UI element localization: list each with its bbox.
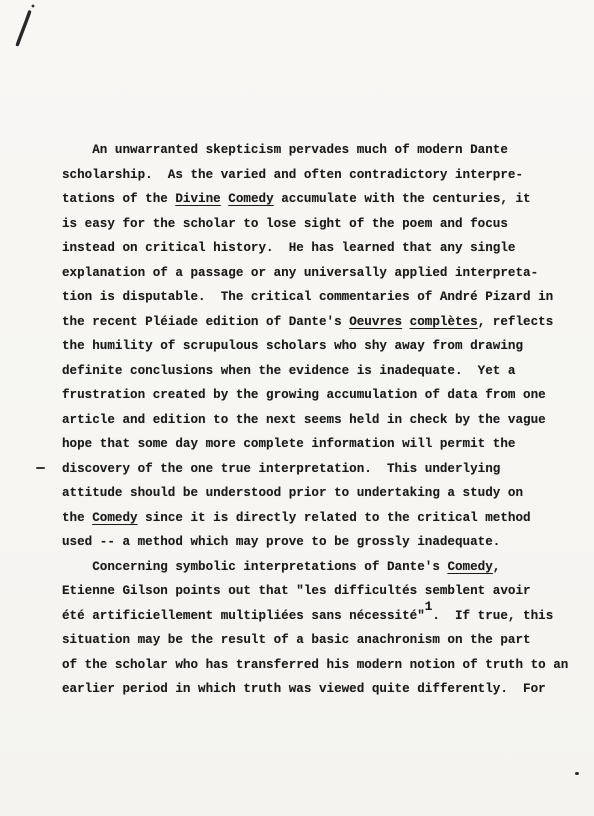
text-segment: used -- a method which may prove to be g… bbox=[62, 535, 500, 549]
text-line: tations of the Divine Comedy accumulate … bbox=[62, 187, 587, 212]
text-line: hope that some day more complete informa… bbox=[62, 432, 587, 457]
text-segment: hope that some day more complete informa… bbox=[62, 437, 515, 451]
text-segment: is easy for the scholar to lose sight of… bbox=[62, 217, 508, 231]
text-segment: accumulate with the centuries, it bbox=[274, 192, 531, 206]
text-line: explanation of a passage or any universa… bbox=[62, 261, 587, 286]
text-line: An unwarranted skepticism pervades much … bbox=[62, 138, 587, 163]
text-segment: scholarship. As the varied and often con… bbox=[62, 168, 523, 182]
text-segment: discovery of the one true interpretation… bbox=[62, 462, 500, 476]
document-text: An unwarranted skepticism pervades much … bbox=[62, 138, 587, 702]
text-line: of the scholar who has transferred his m… bbox=[62, 653, 587, 678]
text-line: used -- a method which may prove to be g… bbox=[62, 530, 587, 555]
text-segment: , bbox=[493, 560, 501, 574]
text-line: Etienne Gilson points out that "les diff… bbox=[62, 579, 587, 604]
text-segment: explanation of a passage or any universa… bbox=[62, 266, 538, 280]
text-line: été artificiellement multipliées sans né… bbox=[62, 604, 587, 629]
underlined-title: Comedy bbox=[228, 192, 273, 206]
text-segment: since it is directly related to the crit… bbox=[138, 511, 531, 525]
text-segment: the bbox=[62, 511, 92, 525]
text-segment: article and edition to the next seems he… bbox=[62, 413, 546, 427]
text-segment: Etienne Gilson points out that "les diff… bbox=[62, 584, 531, 598]
text-line: situation may be the result of a basic a… bbox=[62, 628, 587, 653]
margin-dash-mark bbox=[36, 467, 45, 469]
text-line: tion is disputable. The critical comment… bbox=[62, 285, 587, 310]
text-segment: of the scholar who has transferred his m… bbox=[62, 658, 568, 672]
paper-speck bbox=[575, 772, 579, 775]
text-line: attitude should be understood prior to u… bbox=[62, 481, 587, 506]
text-segment: situation may be the result of a basic a… bbox=[62, 633, 531, 647]
text-segment: Concerning symbolic interpretations of D… bbox=[62, 560, 447, 574]
underlined-title: Comedy bbox=[447, 560, 492, 574]
text-segment: . If true, this bbox=[432, 609, 553, 623]
text-segment: An unwarranted skepticism pervades much … bbox=[62, 143, 508, 157]
text-line: instead on critical history. He has lear… bbox=[62, 236, 587, 261]
text-segment: the recent Pléiade edition of Dante's bbox=[62, 315, 349, 329]
text-line: the humility of scrupulous scholars who … bbox=[62, 334, 587, 359]
text-line: article and edition to the next seems he… bbox=[62, 408, 587, 433]
text-line: definite conclusions when the evidence i… bbox=[62, 359, 587, 384]
text-segment: tion is disputable. The critical comment… bbox=[62, 290, 553, 304]
text-segment: earlier period in which truth was viewed… bbox=[62, 682, 546, 696]
underlined-title: Divine bbox=[175, 192, 220, 206]
handwritten-mark bbox=[10, 0, 55, 60]
underlined-title: Oeuvres bbox=[349, 315, 402, 329]
text-segment: definite conclusions when the evidence i… bbox=[62, 364, 515, 378]
text-segment: tations of the bbox=[62, 192, 175, 206]
text-line: the Comedy since it is directly related … bbox=[62, 506, 587, 531]
text-segment bbox=[402, 315, 410, 329]
text-line: Concerning symbolic interpretations of D… bbox=[62, 555, 587, 580]
text-line: discovery of the one true interpretation… bbox=[62, 457, 587, 482]
text-line: is easy for the scholar to lose sight of… bbox=[62, 212, 587, 237]
text-segment: instead on critical history. He has lear… bbox=[62, 241, 515, 255]
underlined-title: complètes bbox=[410, 315, 478, 329]
text-line: the recent Pléiade edition of Dante's Oe… bbox=[62, 310, 587, 335]
text-line: frustration created by the growing accum… bbox=[62, 383, 587, 408]
text-segment: , reflects bbox=[478, 315, 554, 329]
text-line: scholarship. As the varied and often con… bbox=[62, 163, 587, 188]
text-segment: the humility of scrupulous scholars who … bbox=[62, 339, 523, 353]
footnote-marker: 1 bbox=[425, 600, 433, 614]
text-line: earlier period in which truth was viewed… bbox=[62, 677, 587, 702]
text-segment: attitude should be understood prior to u… bbox=[62, 486, 523, 500]
underlined-title: Comedy bbox=[92, 511, 137, 525]
text-segment: été artificiellement multipliées sans né… bbox=[62, 609, 425, 623]
paper-page: An unwarranted skepticism pervades much … bbox=[0, 0, 594, 816]
text-segment: frustration created by the growing accum… bbox=[62, 388, 546, 402]
